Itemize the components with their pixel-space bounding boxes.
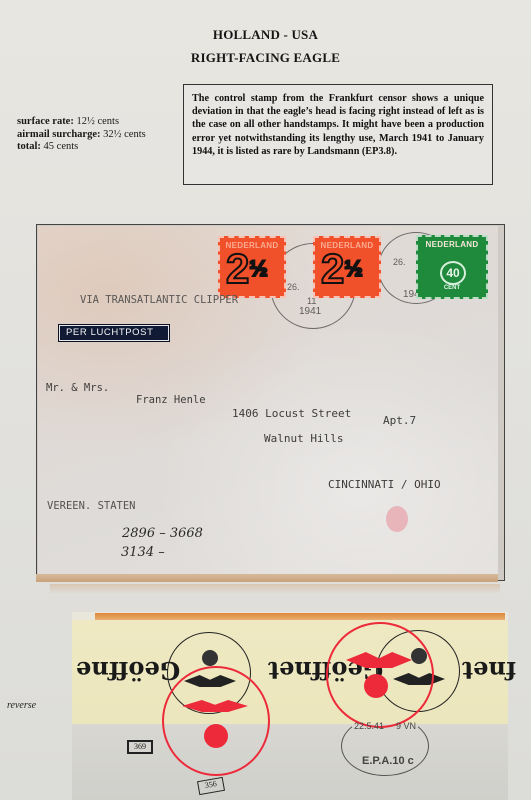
- red-mark: [386, 506, 408, 532]
- address-salutation: Mr. & Mrs.: [46, 382, 109, 394]
- handwritten-numbers-1: 2896 – 3668: [122, 526, 203, 541]
- cover-edge: [36, 574, 498, 582]
- total-rate: total: 45 cents: [17, 141, 146, 154]
- address-city: CINCINNATI / OHIO: [328, 478, 441, 491]
- red-censor-seal-right-facing-eagle: [326, 622, 434, 728]
- swastika-emblem-icon: [202, 650, 218, 666]
- censor-tape-text-1: Geöffne: [76, 656, 180, 685]
- description-box: The control stamp from the Frankfurt cen…: [183, 84, 493, 185]
- postage-rates: surface rate: 12½ cents airmail surcharg…: [17, 116, 146, 154]
- routing-text: VIA TRANSATLANTIC CLIPPER: [80, 294, 238, 306]
- stamp-2-half-cent-1: NEDERLAND 2½: [218, 236, 286, 298]
- page-subtitle: RIGHT-FACING EAGLE: [0, 50, 531, 66]
- airmail-surcharge: airmail surcharge: 32½ cents: [17, 129, 146, 142]
- page-title: HOLLAND - USA: [0, 27, 531, 43]
- handwritten-numbers-2: 3134 –: [121, 545, 165, 560]
- censor-tape-text-3: fnet: [462, 656, 516, 685]
- reverse-postmark: 22.5.41 9 VN E.P.A.10 c: [341, 716, 429, 776]
- stamp-2-half-cent-2: NEDERLAND 2½: [313, 236, 381, 298]
- reverse-label: reverse: [7, 700, 36, 711]
- swastika-emblem-icon: [364, 674, 388, 698]
- stamp-40-cent: NEDERLAND 40 CENT: [416, 235, 488, 299]
- eagle-emblem-icon: [182, 700, 248, 712]
- reverse-top-edge: [95, 613, 505, 620]
- address-name: Franz Henle: [136, 394, 206, 406]
- right-facing-eagle-icon: [346, 652, 412, 668]
- address-country: VEREEN. STATEN: [47, 500, 136, 512]
- swastika-emblem-icon: [204, 724, 228, 748]
- airmail-label: PER LUCHTPOST: [59, 325, 169, 341]
- censor-number-box-1: 369: [127, 740, 153, 754]
- address-street: 1406 Locust Street: [232, 407, 351, 420]
- cover-shadow: [50, 584, 500, 594]
- address-district: Walnut Hills: [264, 432, 343, 445]
- red-censor-seal-1: [162, 666, 270, 776]
- surface-rate: surface rate: 12½ cents: [17, 116, 146, 129]
- address-apt: Apt.7: [383, 414, 416, 427]
